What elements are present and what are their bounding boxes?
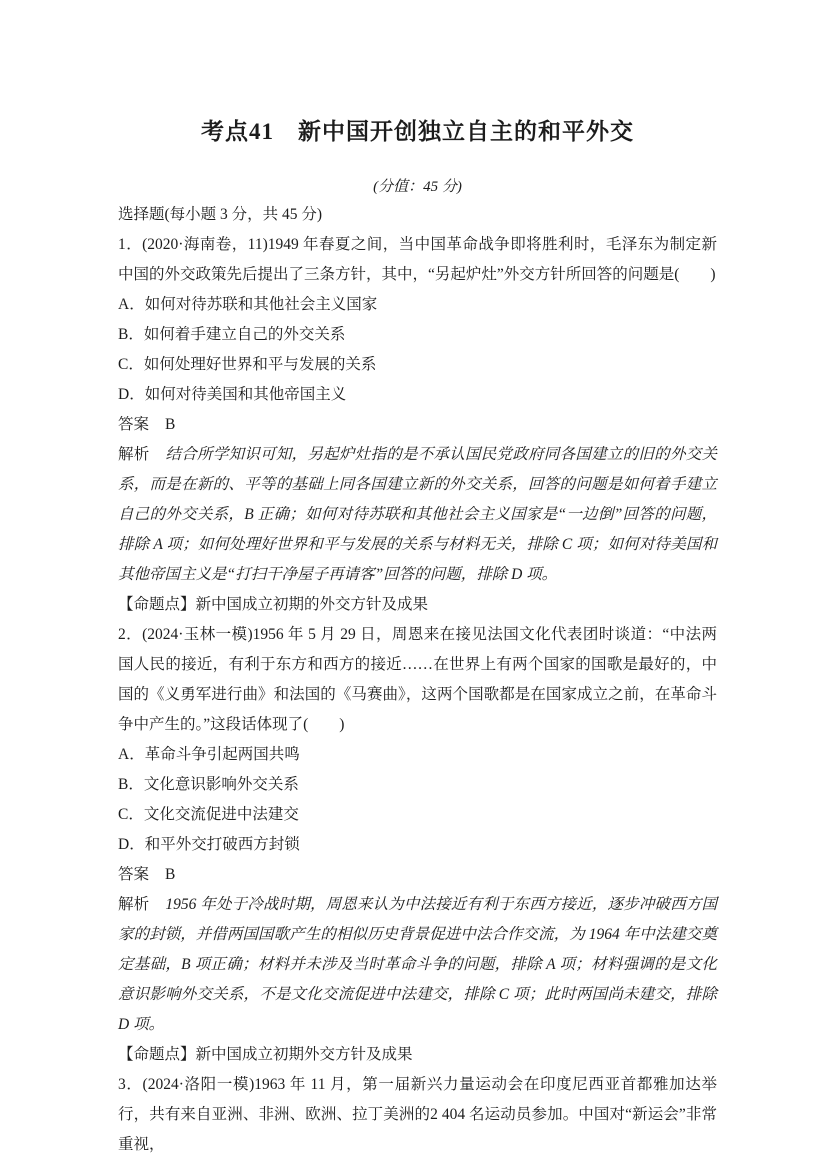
answer-line: 答案B [118,860,717,890]
option-a: A．革命斗争引起两国共鸣 [118,740,717,770]
option-d: D．如何对待美国和其他帝国主义 [118,380,717,410]
analysis-label: 解析 [118,446,150,463]
option-c: C．如何处理好世界和平与发展的关系 [118,350,717,380]
page-title: 考点41 新中国开创独立自主的和平外交 [118,116,717,148]
answer-label: 答案 [118,416,149,433]
topic-point: 【命题点】新中国成立初期外交方针及成果 [118,1040,717,1070]
answer-line: 答案B [118,410,717,440]
score-subtitle: (分值：45 分) [118,174,717,200]
analysis-line: 解析1956 年处于冷战时期，周恩来认为中法接近有利于东西方接近，逐步冲破西方国… [118,890,717,1040]
answer-value: B [165,416,175,433]
analysis-text: 1956 年处于冷战时期，周恩来认为中法接近有利于东西方接近，逐步冲破西方国家的… [118,896,717,1033]
answer-value: B [165,866,175,883]
question-stem: 2．(2024·玉林一模)1956 年 5 月 29 日，周恩来在接见法国文化代… [118,620,717,740]
question-3: 3．(2024·洛阳一模)1963 年 11 月，第一届新兴力量运动会在印度尼西… [118,1070,717,1160]
exam-page: 考点41 新中国开创独立自主的和平外交 (分值：45 分) 选择题(每小题 3 … [0,0,827,1169]
option-b: B．文化意识影响外交关系 [118,770,717,800]
option-b: B．如何着手建立自己的外交关系 [118,320,717,350]
question-2: 2．(2024·玉林一模)1956 年 5 月 29 日，周恩来在接见法国文化代… [118,620,717,1070]
question-stem: 1．(2020·海南卷，11)1949 年春夏之间，当中国革命战争即将胜利时，毛… [118,230,717,290]
question-stem: 3．(2024·洛阳一模)1963 年 11 月，第一届新兴力量运动会在印度尼西… [118,1070,717,1160]
analysis-text: 结合所学知识可知，另起炉灶指的是不承认国民党政府同各国建立的旧的外交关系，而是在… [118,446,717,583]
option-a: A．如何对待苏联和其他社会主义国家 [118,290,717,320]
question-1: 1．(2020·海南卷，11)1949 年春夏之间，当中国革命战争即将胜利时，毛… [118,230,717,620]
option-d: D．和平外交打破西方封锁 [118,830,717,860]
analysis-label: 解析 [118,896,149,913]
topic-point: 【命题点】新中国成立初期的外交方针及成果 [118,590,717,620]
answer-label: 答案 [118,866,149,883]
section-header: 选择题(每小题 3 分，共 45 分) [118,200,717,230]
analysis-line: 解析结合所学知识可知，另起炉灶指的是不承认国民党政府同各国建立的旧的外交关系，而… [118,440,717,590]
option-c: C．文化交流促进中法建交 [118,800,717,830]
